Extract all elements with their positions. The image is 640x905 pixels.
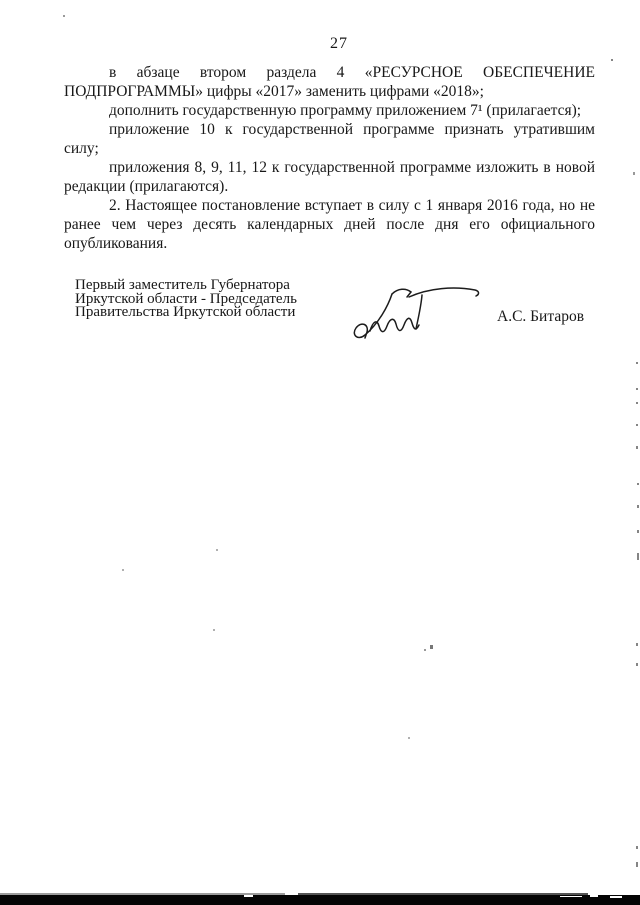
- scan-artifact: [122, 569, 124, 571]
- scan-edge-mark: [636, 424, 638, 426]
- scan-band-notch: [590, 895, 598, 897]
- body-line: 2. Настоящее постановление вступает в си…: [64, 196, 595, 215]
- scan-edge-mark: [636, 362, 638, 364]
- scan-edge-mark: [636, 402, 638, 404]
- signatory-title: Первый заместитель Губернатора Иркутской…: [75, 279, 297, 320]
- scan-edge-mark: [637, 530, 639, 533]
- document-body: в абзаце втором раздела 4 «РЕСУРСНОЕ ОБЕ…: [64, 63, 595, 253]
- scan-artifact: [63, 15, 65, 17]
- scan-artifact: [424, 649, 426, 651]
- scan-edge-mark: [636, 663, 638, 666]
- body-line: опубликования.: [64, 234, 595, 253]
- signatory-name: А.С. Битаров: [497, 308, 584, 326]
- scan-artifact: [633, 172, 635, 175]
- body-line: ранее чем через десять календарных дней …: [64, 215, 595, 234]
- scan-artifact: [430, 645, 433, 649]
- signatory-title-line: Правительства Иркутской области: [75, 306, 297, 320]
- body-line: приложение 10 к государственной программ…: [64, 120, 595, 139]
- scan-artifact: [213, 629, 215, 631]
- scan-band-notch: [244, 895, 253, 897]
- handwritten-signature-icon: [336, 282, 486, 344]
- scan-band-notch: [610, 896, 622, 898]
- scan-band-notch: [560, 896, 582, 897]
- body-line: силу;: [64, 139, 595, 158]
- scan-edge-mark: [636, 643, 638, 646]
- body-line: приложения 8, 9, 11, 12 к государственно…: [64, 158, 595, 177]
- scan-artifact: [611, 59, 613, 61]
- scan-edge-mark: [637, 505, 639, 508]
- scan-artifact: [216, 549, 218, 551]
- scan-edge-mark: [636, 388, 638, 390]
- scan-edge-mark: [637, 553, 639, 560]
- scan-edge-band: [0, 895, 640, 905]
- body-line: ПОДПРОГРАММЫ» цифры «2017» заменить цифр…: [64, 82, 595, 101]
- body-line: редакции (прилагаются).: [64, 177, 595, 196]
- scan-edge-mark: [637, 483, 639, 485]
- body-line: в абзаце втором раздела 4 «РЕСУРСНОЕ ОБЕ…: [64, 63, 595, 82]
- body-line: дополнить государственную программу прил…: [64, 101, 595, 120]
- scan-artifact: [408, 737, 410, 739]
- scan-edge-mark: [636, 846, 638, 849]
- scan-edge-mark: [636, 446, 638, 449]
- page-number: 27: [64, 35, 614, 53]
- scan-edge-mark: [636, 862, 638, 867]
- scanned-document-page: 27 в абзаце втором раздела 4 «РЕСУРСНОЕ …: [0, 0, 640, 905]
